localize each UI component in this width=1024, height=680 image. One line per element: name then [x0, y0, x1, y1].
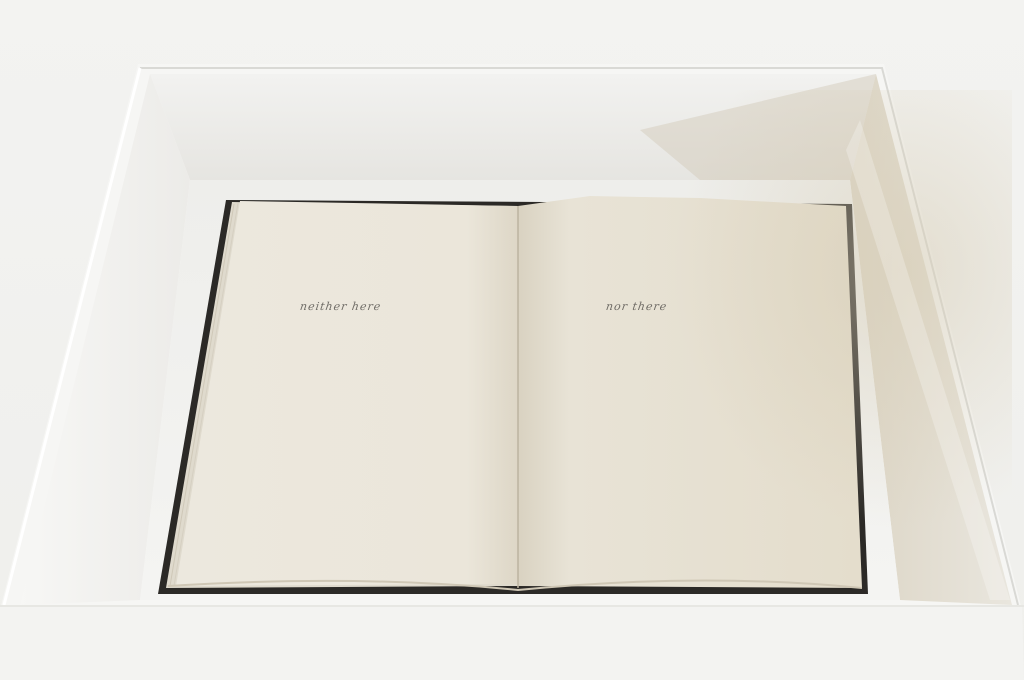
display-case — [0, 0, 1024, 680]
display-case-scene: neither here nor there — [0, 0, 1024, 680]
right-page-handwriting: nor there — [605, 300, 668, 313]
left-page-handwriting: neither here — [299, 300, 382, 313]
